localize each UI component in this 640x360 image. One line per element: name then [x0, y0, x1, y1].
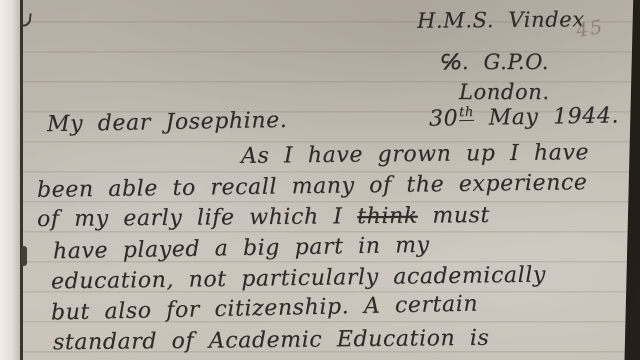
letter-page: H.M.S. Vindex 45 ℅. G.P.O. London. 30th … — [20, 0, 640, 360]
body-line-3-struck-word: think — [357, 204, 418, 230]
date-day: 30 — [429, 106, 459, 132]
ship-address-line: H.M.S. Vindex — [417, 7, 585, 32]
pencil-note: 45 — [574, 16, 605, 42]
body-line-1: As I have grown up I have — [241, 140, 589, 169]
care-of-line: ℅. G.P.O. — [441, 50, 549, 74]
seam-blotch — [21, 246, 27, 266]
date-rest: May 1944. — [488, 103, 619, 130]
body-line-3-after: must — [418, 203, 490, 229]
salutation-line: My dear Josephine. — [47, 108, 288, 137]
body-line-7: standard of Academic Education is — [53, 326, 490, 356]
date-line: 30th May 1944. — [429, 102, 619, 131]
city-line: London. — [459, 80, 550, 104]
body-line-3: of my early life which I think must — [37, 203, 490, 232]
letter-photo: H.M.S. Vindex 45 ℅. G.P.O. London. 30th … — [0, 0, 640, 360]
body-line-3-before: of my early life which I — [37, 204, 357, 232]
facing-page-edge — [0, 0, 21, 360]
date-ordinal: th — [459, 105, 474, 121]
